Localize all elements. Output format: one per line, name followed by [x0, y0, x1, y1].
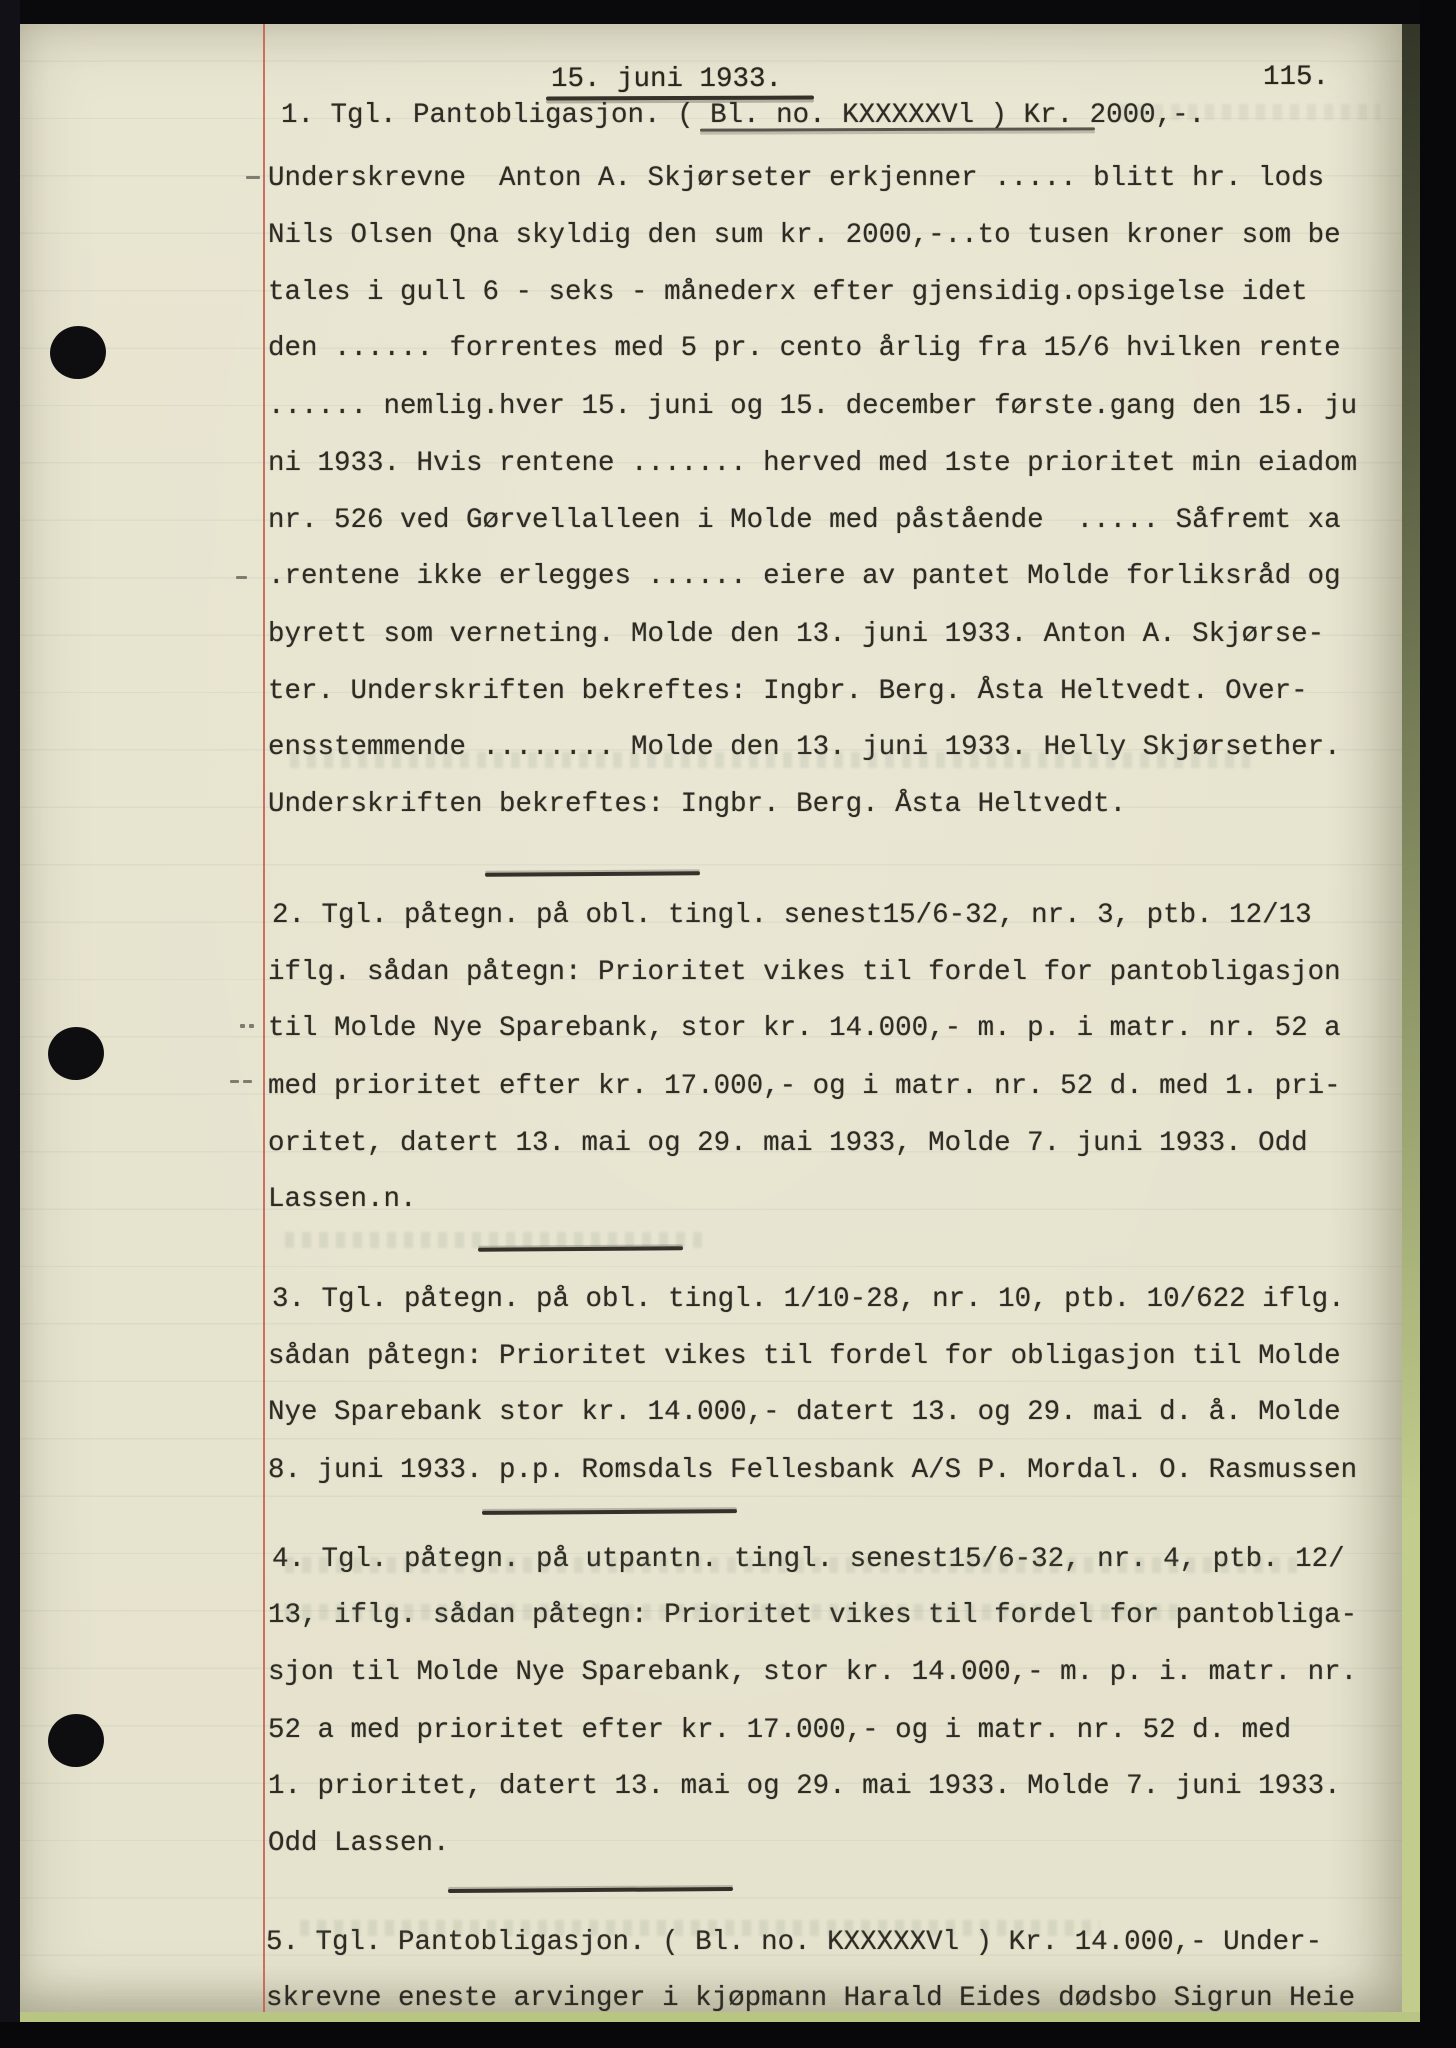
typed-line: oritet, datert 13. mai og 29. mai 1933, …: [268, 1128, 1308, 1160]
margin-dash-mark: [246, 176, 260, 179]
typed-line: iflg. sådan påtegn: Prioritet vikes til …: [268, 957, 1341, 989]
margin-dash-mark: [236, 576, 247, 579]
typed-line: Nils Olsen Qna skyldig den sum kr. 2000,…: [268, 220, 1341, 252]
typed-line: sjon til Molde Nye Sparebank, stor kr. 1…: [268, 1657, 1357, 1689]
photo-border-bottom: [0, 2022, 1456, 2048]
typed-line: skrevne eneste arvinger i kjøpmann Haral…: [266, 1983, 1355, 2015]
typed-line: 3. Tgl. påtegn. på obl. tingl. 1/10-28, …: [272, 1284, 1345, 1316]
bleedthrough-mark: [285, 1557, 1305, 1573]
margin-dash-mark: [230, 1080, 239, 1083]
typed-line: 8. juni 1933. p.p. Romsdals Fellesbank A…: [268, 1455, 1357, 1487]
typed-line: Underskrevne Anton A. Skjørseter erkjenn…: [268, 163, 1324, 195]
typed-line: nr. 526 ved Gørvellalleen i Molde med på…: [268, 505, 1341, 537]
typed-line: Underskriften bekreftes: Ingbr. Berg. Ås…: [268, 789, 1126, 821]
scanned-ledger-photo: 15. juni 1933. 115. 1. Tgl. Pantobligasj…: [0, 0, 1456, 2048]
typed-line: byrett som verneting. Molde den 13. juni…: [268, 619, 1324, 651]
typed-line: ter. Underskriften bekreftes: Ingbr. Ber…: [268, 676, 1308, 708]
page-number: 115.: [1263, 62, 1329, 93]
typed-line: til Molde Nye Sparebank, stor kr. 14.000…: [268, 1013, 1341, 1045]
typed-line: 1. prioritet, datert 13. mai og 29. mai …: [268, 1771, 1341, 1803]
typed-line: 52 a med prioritet efter kr. 17.000,- og…: [268, 1715, 1291, 1747]
page-edge: [1402, 24, 1422, 2020]
typed-line: sådan påtegn: Prioritet vikes til fordel…: [268, 1341, 1341, 1373]
typed-line: 2. Tgl. påtegn. på obl. tingl. senest15/…: [272, 900, 1312, 932]
typed-line: med prioritet efter kr. 17.000,- og i ma…: [268, 1071, 1341, 1103]
photo-border-right: [1420, 0, 1456, 2048]
margin-dots-mark: [240, 1024, 245, 1028]
bleedthrough-mark: [290, 752, 1250, 768]
typed-line: tales i gull 6 - seks - månederx efter g…: [268, 277, 1308, 309]
typed-line: .rentene ikke erlegges ...... eiere av p…: [268, 561, 1341, 593]
typed-line: ni 1933. Hvis rentene ....... herved med…: [268, 448, 1357, 480]
typed-line: den ...... forrentes med 5 pr. cento årl…: [268, 333, 1341, 365]
typed-line: Lassen.n.: [268, 1184, 417, 1216]
date-heading: 15. juni 1933.: [551, 64, 782, 95]
typed-line: Odd Lassen.: [268, 1828, 450, 1860]
typed-line: Nye Sparebank stor kr. 14.000,- datert 1…: [268, 1397, 1341, 1429]
bleedthrough-mark: [300, 1920, 1100, 1936]
bleedthrough-mark: [1120, 104, 1380, 120]
bleedthrough-mark: [285, 1604, 1185, 1620]
photo-border-top: [0, 0, 1456, 24]
bleedthrough-mark: [285, 1232, 705, 1248]
photo-border-left: [0, 0, 20, 2048]
red-margin-line: [263, 24, 265, 2012]
typed-line: ...... nemlig.hver 15. juni og 15. decem…: [268, 391, 1357, 423]
